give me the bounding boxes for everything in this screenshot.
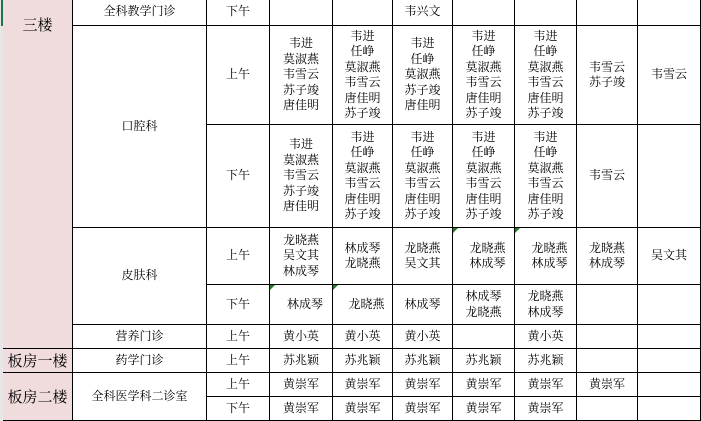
schedule-cell[interactable]: 黄崇军 [393, 397, 453, 421]
schedule-cell[interactable]: 韦进 任峥 莫淑燕 韦雪云 唐佳明 苏子竣 [453, 26, 515, 125]
spreadsheet-grid: 三楼板房一楼板房二楼全科教学门诊口腔科皮肤科营养门诊药学门诊全科医学科二诊室下午… [0, 0, 701, 421]
schedule-cell[interactable]: 林成琴 龙晓燕 [453, 285, 515, 325]
schedule-cell[interactable]: 黄崇军 [515, 397, 577, 421]
schedule-cell[interactable]: 韦兴文 [393, 0, 453, 26]
schedule-cell[interactable]: 黄小英 [333, 325, 393, 349]
schedule-cell[interactable]: 龙晓燕 吴文其 [393, 228, 453, 285]
schedule-cell[interactable]: 韦进 任峥 莫淑燕 韦雪云 唐佳明 苏子竣 [333, 125, 393, 228]
schedule-cell[interactable] [333, 0, 393, 26]
schedule-cell[interactable]: 黄崇军 [270, 397, 333, 421]
session-cell[interactable]: 上午 [207, 349, 270, 373]
schedule-cell[interactable] [577, 397, 638, 421]
schedule-cell[interactable]: 龙晓燕 林成琴 [515, 285, 577, 325]
schedule-cell[interactable]: 黄崇军 [333, 373, 393, 397]
schedule-cell[interactable] [453, 0, 515, 26]
schedule-cell[interactable] [638, 125, 701, 228]
schedule-cell[interactable]: 龙晓燕 林成琴 [577, 228, 638, 285]
floor-label-3f[interactable]: 三楼 [3, 0, 73, 349]
session-cell[interactable]: 下午 [207, 0, 270, 26]
schedule-cell[interactable]: 黄崇军 [453, 373, 515, 397]
session-cell[interactable]: 下午 [207, 397, 270, 421]
schedule-cell[interactable]: 韦雪云 [638, 26, 701, 125]
schedule-cell[interactable] [638, 373, 701, 397]
session-cell[interactable]: 下午 [207, 125, 270, 228]
schedule-cell[interactable]: 韦进 任峥 莫淑燕 韦雪云 唐佳明 苏子竣 [333, 26, 393, 125]
schedule-cell[interactable]: 林成琴 [393, 285, 453, 325]
schedule-cell[interactable]: 林成琴 [270, 285, 333, 325]
schedule-cell[interactable]: 黄崇军 [270, 373, 333, 397]
schedule-cell[interactable]: 韦进 莫淑燕 韦雪云 苏子竣 唐佳明 [270, 26, 333, 125]
schedule-cell[interactable]: 韦进 任峥 莫淑燕 韦雪云 唐佳明 苏子竣 [393, 125, 453, 228]
dept-cell[interactable]: 皮肤科 [73, 228, 207, 325]
schedule-cell[interactable]: 龙晓燕 吴文其 林成琴 [270, 228, 333, 285]
schedule-cell[interactable]: 韦雪云 [577, 125, 638, 228]
schedule-cell[interactable]: 黄崇军 [333, 397, 393, 421]
session-cell[interactable]: 上午 [207, 373, 270, 397]
schedule-cell[interactable]: 韦进 任峥 莫淑燕 韦雪云 唐佳明 苏子竣 [515, 26, 577, 125]
schedule-cell[interactable]: 吴文其 [638, 228, 701, 285]
schedule-cell[interactable]: 苏兆颖 [270, 349, 333, 373]
schedule-cell[interactable]: 韦进 任峥 莫淑燕 韦雪云 唐佳明 苏子竣 [453, 125, 515, 228]
schedule-cell[interactable]: 龙晓燕 [333, 285, 393, 325]
session-cell[interactable]: 上午 [207, 325, 270, 349]
schedule-cell[interactable] [515, 0, 577, 26]
schedule-cell[interactable]: 韦进 任峥 莫淑燕 韦雪云 唐佳明 苏子竣 [515, 125, 577, 228]
schedule-cell[interactable]: 苏兆颖 [453, 349, 515, 373]
schedule-cell[interactable]: 韦雪云 苏子竣 [577, 26, 638, 125]
schedule-cell[interactable] [638, 349, 701, 373]
schedule-cell[interactable] [453, 325, 515, 349]
dept-cell[interactable]: 药学门诊 [73, 349, 207, 373]
schedule-cell[interactable]: 黄崇军 [515, 373, 577, 397]
schedule-cell[interactable]: 苏兆颖 [515, 349, 577, 373]
schedule-cell[interactable]: 林成琴 龙晓燕 [333, 228, 393, 285]
dept-cell[interactable]: 全科医学科二诊室 [73, 373, 207, 421]
dept-cell[interactable]: 口腔科 [73, 26, 207, 228]
schedule-cell[interactable] [577, 349, 638, 373]
schedule-cell[interactable]: 苏兆颖 [393, 349, 453, 373]
schedule-cell[interactable]: 龙晓燕 林成琴 [453, 228, 515, 285]
schedule-cell[interactable]: 韦进 莫淑燕 韦雪云 苏子竣 唐佳明 [270, 125, 333, 228]
schedule-cell[interactable] [638, 397, 701, 421]
schedule-cell[interactable] [638, 0, 701, 26]
schedule-cell[interactable]: 黄崇军 [393, 373, 453, 397]
dept-cell[interactable]: 营养门诊 [73, 325, 207, 349]
schedule-cell[interactable] [638, 325, 701, 349]
schedule-cell[interactable]: 黄小英 [515, 325, 577, 349]
floor-label-temp-2f[interactable]: 板房二楼 [3, 373, 73, 421]
schedule-cell[interactable]: 黄崇军 [577, 373, 638, 397]
schedule-cell[interactable]: 韦进 任峥 莫淑燕 苏子竣 唐佳明 [393, 26, 453, 125]
schedule-cell[interactable] [577, 325, 638, 349]
schedule-cell[interactable]: 黄小英 [393, 325, 453, 349]
schedule-cell[interactable] [638, 285, 701, 325]
schedule-cell[interactable] [577, 285, 638, 325]
schedule-cell[interactable]: 苏兆颖 [333, 349, 393, 373]
schedule-cell[interactable] [577, 0, 638, 26]
floor-label-temp-1f[interactable]: 板房一楼 [3, 349, 73, 373]
schedule-cell[interactable]: 龙晓燕 林成琴 [515, 228, 577, 285]
schedule-cell[interactable] [270, 0, 333, 26]
session-cell[interactable]: 上午 [207, 26, 270, 125]
dept-cell[interactable]: 全科教学门诊 [73, 0, 207, 26]
schedule-cell[interactable]: 黄崇军 [453, 397, 515, 421]
session-cell[interactable]: 上午 [207, 228, 270, 285]
schedule-cell[interactable]: 黄小英 [270, 325, 333, 349]
session-cell[interactable]: 下午 [207, 285, 270, 325]
